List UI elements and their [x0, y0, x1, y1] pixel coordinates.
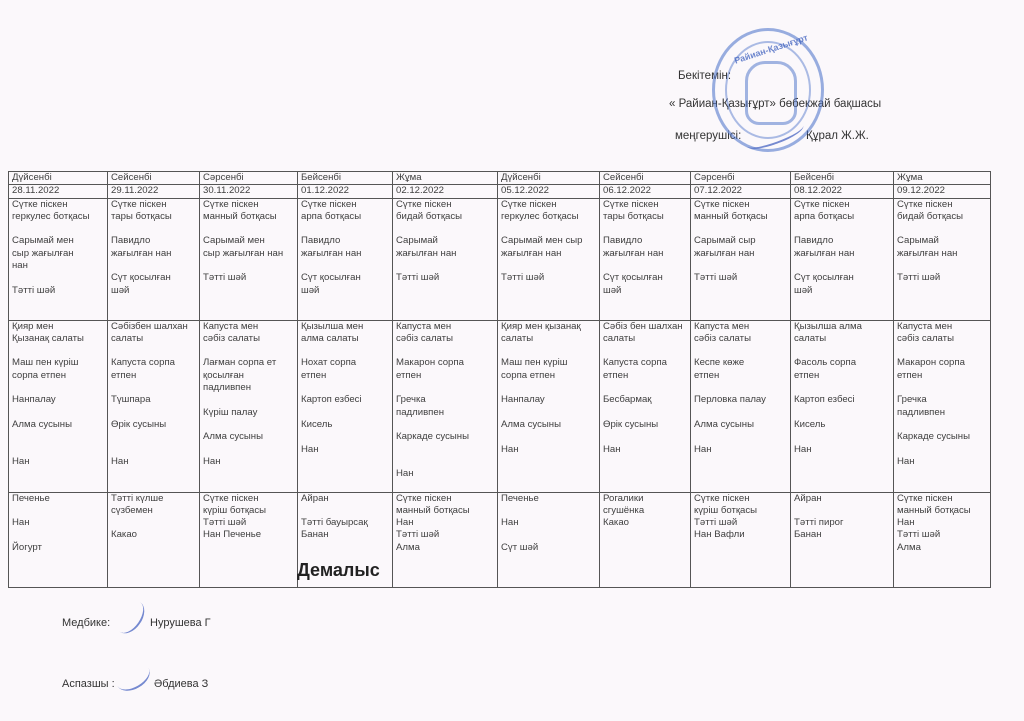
lunch-row: Қияр мен Қызанақ салаты Маш пен күріш со… — [9, 320, 991, 492]
date-cell: 05.12.2022 — [498, 185, 600, 198]
day-cell: Жұма — [393, 172, 498, 185]
nurse-signature-icon — [110, 595, 150, 638]
holiday-note: Демалыс — [297, 560, 380, 581]
breakfast-cell: Сүтке піскен тары ботқасы Павидло жағылғ… — [108, 198, 200, 320]
snack-cell: Рогалики сгушёнка Какао — [600, 492, 691, 587]
snack-row: Печенье Нан Йогурт Тәтті күлше сүзбемен … — [9, 492, 991, 587]
stamp-hand-emblem-icon — [745, 61, 797, 125]
day-cell: Сейсенбі — [108, 172, 200, 185]
breakfast-cell: Сүтке піскен арпа ботқасы Павидло жағылғ… — [298, 198, 393, 320]
breakfast-cell: Сүтке піскен бидай ботқасы Сарымай жағыл… — [393, 198, 498, 320]
weekly-menu-table: Дүйсенбі Сейсенбі Сәрсенбі Бейсенбі Жұма… — [8, 171, 991, 588]
snack-cell: Тәтті күлше сүзбемен Какао — [108, 492, 200, 587]
nurse-label: Медбике: — [62, 617, 110, 629]
snack-cell: Печенье Нан Сүт шәй — [498, 492, 600, 587]
breakfast-cell: Сүтке піскен арпа ботқасы Павидло жағылғ… — [791, 198, 894, 320]
lunch-cell: Сәбіз бен шалхан салаты Капуста сорпа ет… — [600, 320, 691, 492]
lunch-cell: Капуста мен сәбіз салаты Макарон сорпа е… — [894, 320, 991, 492]
snack-cell: Печенье Нан Йогурт — [9, 492, 108, 587]
lunch-cell: Капуста мен сәбіз салаты Макарон сорпа е… — [393, 320, 498, 492]
lunch-cell: Капуста мен сәбіз салаты Лағман сорпа ет… — [200, 320, 298, 492]
date-cell: 30.11.2022 — [200, 185, 298, 198]
cook-label: Аспазшы : — [62, 678, 115, 690]
lunch-cell: Сәбізбен шалхан салаты Капуста сорпа етп… — [108, 320, 200, 492]
breakfast-cell: Сүтке піскен бидай ботқасы Сарымай жағыл… — [894, 198, 991, 320]
date-cell: 09.12.2022 — [894, 185, 991, 198]
snack-cell: Сүтке піскен күріш ботқасы Тәтті шәй Нан… — [200, 492, 298, 587]
lunch-cell: Қызылша алма салаты Фасоль сорпа етпен К… — [791, 320, 894, 492]
day-cell: Дүйсенбі — [498, 172, 600, 185]
lunch-cell: Қияр мен Қызанақ салаты Маш пен күріш со… — [9, 320, 108, 492]
breakfast-cell: Сүтке піскен геркулес ботқасы Сарымай ме… — [498, 198, 600, 320]
breakfast-row: Сүтке піскен геркулес ботқасы Сарымай ме… — [9, 198, 991, 320]
breakfast-cell: Сүтке піскен тары ботқасы Павидло жағылғ… — [600, 198, 691, 320]
snack-cell: Сүтке піскен манный ботқасы Нан Тәтті шә… — [894, 492, 991, 587]
breakfast-cell: Сүтке піскен манный ботқасы Сарымай мен … — [200, 198, 298, 320]
date-cell: 28.11.2022 — [9, 185, 108, 198]
date-cell: 01.12.2022 — [298, 185, 393, 198]
date-cell: 02.12.2022 — [393, 185, 498, 198]
day-cell: Сәрсенбі — [200, 172, 298, 185]
cook-name: Әбдиева З — [154, 678, 208, 690]
breakfast-cell: Сүтке піскен геркулес ботқасы Сарымай ме… — [9, 198, 108, 320]
snack-cell: Сүтке піскен күріш ботқасы Тәтті шәй Нан… — [691, 492, 791, 587]
day-cell: Бейсенбі — [298, 172, 393, 185]
day-cell: Сәрсенбі — [691, 172, 791, 185]
snack-cell: Айран Тәтті пирог Банан — [791, 492, 894, 587]
date-cell: 07.12.2022 — [691, 185, 791, 198]
date-cell: 08.12.2022 — [791, 185, 894, 198]
day-cell: Сейсенбі — [600, 172, 691, 185]
cook-signature-icon — [111, 658, 154, 697]
snack-cell: Сүтке піскен манный ботқасы Нан Тәтті шә… — [393, 492, 498, 587]
date-cell: 29.11.2022 — [108, 185, 200, 198]
dates-row: 28.11.2022 29.11.2022 30.11.2022 01.12.2… — [9, 185, 991, 198]
breakfast-cell: Сүтке піскен манный ботқасы Сарымай сыр … — [691, 198, 791, 320]
day-cell: Жұма — [894, 172, 991, 185]
lunch-cell: Қияр мен қызанақ салаты Маш пен күріш со… — [498, 320, 600, 492]
lunch-cell: Қызылша мен алма салаты Нохат сорпа етпе… — [298, 320, 393, 492]
day-cell: Бейсенбі — [791, 172, 894, 185]
days-row: Дүйсенбі Сейсенбі Сәрсенбі Бейсенбі Жұма… — [9, 172, 991, 185]
director-name: Құрал Ж.Ж. — [806, 130, 869, 142]
date-cell: 06.12.2022 — [600, 185, 691, 198]
lunch-cell: Капуста мен сәбіз салаты Кеспе көже етпе… — [691, 320, 791, 492]
day-cell: Дүйсенбі — [9, 172, 108, 185]
nurse-name: Нурушева Г — [150, 617, 211, 629]
